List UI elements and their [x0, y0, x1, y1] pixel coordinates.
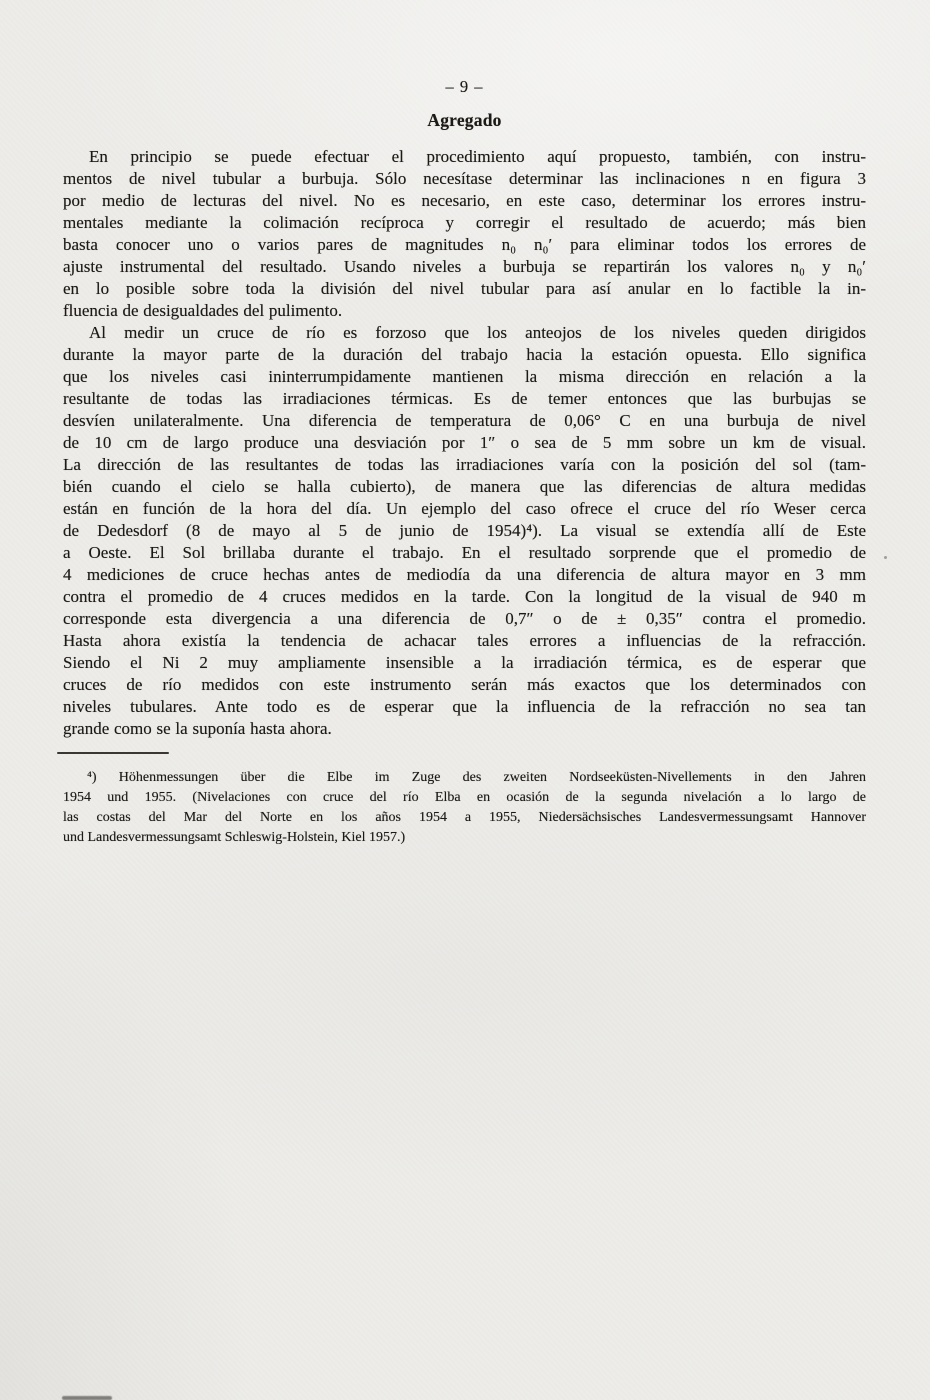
footnote-line: ⁴) Höhenmessungen über die Elbe im Zuge …: [63, 768, 866, 788]
body-line: cruces de río medidos con este instrumen…: [63, 674, 866, 696]
body-line: de 10 cm de largo produce una desviación…: [63, 432, 866, 454]
scan-speck: [884, 556, 887, 559]
body-line: En principio se puede efectuar el proced…: [63, 146, 866, 168]
body-line: mentos de nivel tubular a burbuja. Sólo …: [63, 168, 866, 190]
body-line: están en función de la hora del día. Un …: [63, 498, 866, 520]
body-line: a Oeste. El Sol brillaba durante el trab…: [63, 542, 866, 564]
body-line: basta conocer uno o varios pares de magn…: [63, 234, 866, 256]
body-line: Al medir un cruce de río es forzoso que …: [63, 322, 866, 344]
footnote: ⁴) Höhenmessungen über die Elbe im Zuge …: [63, 768, 866, 848]
footnote-line: las costas del Mar del Norte en los años…: [63, 808, 866, 828]
body-line: que los niveles casi ininterrumpidamente…: [63, 366, 866, 388]
body-line: ajuste instrumental del resultado. Usand…: [63, 256, 866, 278]
body-line: resultante de todas las irradiaciones té…: [63, 388, 866, 410]
body-line: desvíen unilateralmente. Una diferencia …: [63, 410, 866, 432]
body-line: fluencia de desigualdades del pulimento.: [63, 300, 866, 322]
page-number: – 9 –: [63, 78, 866, 96]
body-text: En principio se puede efectuar el proced…: [63, 146, 866, 740]
body-line: corresponde esta divergencia a una difer…: [63, 608, 866, 630]
body-line: mentales mediante la colimación recíproc…: [63, 212, 866, 234]
scan-smudge: [62, 1396, 112, 1400]
body-line: en lo posible sobre toda la división del…: [63, 278, 866, 300]
footnote-line: 1954 und 1955. (Nivelaciones con cruce d…: [63, 788, 866, 808]
body-line: niveles tubulares. Ante todo es de esper…: [63, 696, 866, 718]
body-line: Siendo el Ni 2 muy ampliamente insensibl…: [63, 652, 866, 674]
body-line: contra el promedio de 4 cruces medidos e…: [63, 586, 866, 608]
body-line: La dirección de las resultantes de todas…: [63, 454, 866, 476]
body-line: Hasta ahora existía la tendencia de acha…: [63, 630, 866, 652]
body-line: durante la mayor parte de la duración de…: [63, 344, 866, 366]
body-line: grande como se la suponía hasta ahora.: [63, 718, 866, 740]
footnote-line: und Landesvermessungsamt Schleswig-Holst…: [63, 828, 866, 848]
body-line: bién cuando el cielo se halla cubierto),…: [63, 476, 866, 498]
scanned-page: – 9 – Agregado En principio se puede efe…: [0, 0, 930, 1400]
footnote-separator: [57, 752, 169, 754]
page-content: – 9 – Agregado En principio se puede efe…: [63, 78, 866, 848]
section-title: Agregado: [63, 110, 866, 130]
body-line: de Dedesdorf (8 de mayo al 5 de junio de…: [63, 520, 866, 542]
body-line: por medio de lecturas del nivel. No es n…: [63, 190, 866, 212]
body-line: 4 mediciones de cruce hechas antes de me…: [63, 564, 866, 586]
